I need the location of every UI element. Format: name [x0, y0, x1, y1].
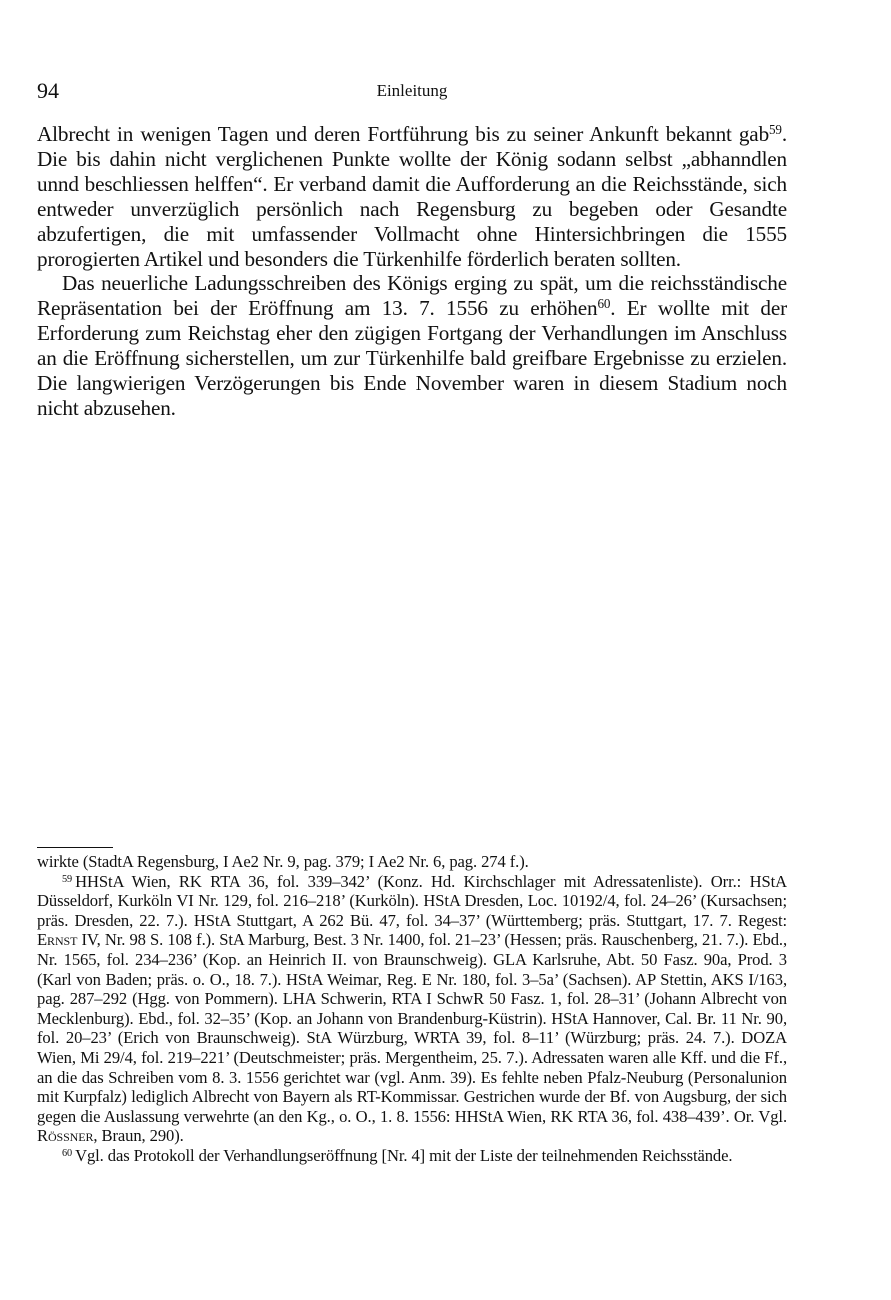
- author-name: Rössner: [37, 1126, 93, 1145]
- footnote-number: 59: [62, 874, 72, 885]
- running-title: Einleitung: [37, 81, 787, 101]
- footnotes: wirkte (StadtA Regensburg, I Ae2 Nr. 9, …: [37, 852, 787, 1166]
- footnote-59: 59HHStA Wien, RK RTA 36, fol. 339–342’ (…: [37, 872, 787, 1146]
- footnote-60: 60Vgl. das Protokoll der Verhandlungserö…: [37, 1146, 787, 1166]
- running-head: 94 Einleitung: [37, 78, 787, 104]
- paragraph: Das neuerliche Ladungsschreiben des Köni…: [37, 271, 787, 420]
- footnote-ref-59[interactable]: 59: [769, 122, 782, 137]
- author-name: Ernst: [37, 930, 77, 949]
- footnote-ref-60[interactable]: 60: [597, 296, 610, 311]
- footnote-continuation: wirkte (StadtA Regensburg, I Ae2 Nr. 9, …: [37, 852, 787, 872]
- main-text: Albrecht in wenigen Tagen und deren Fort…: [37, 122, 787, 421]
- footnote-divider: [37, 847, 113, 848]
- paragraph: Albrecht in wenigen Tagen und deren Fort…: [37, 122, 787, 271]
- footnote-number: 60: [62, 1148, 72, 1159]
